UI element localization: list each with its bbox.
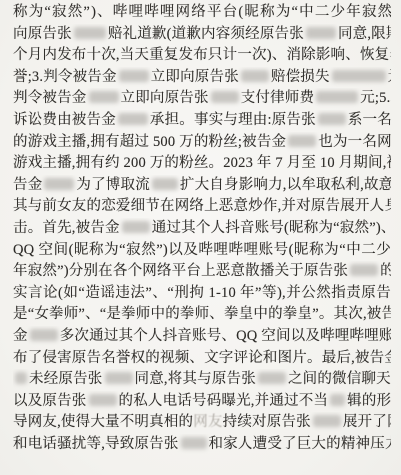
- document-line: 金多次通过其个人抖音账号、QQ 空间以及哔哩哔哩账号发: [13, 326, 391, 348]
- text-run: 布了侵害原告名誉权的视频、文字评论和图片。最后,被告金: [13, 350, 391, 366]
- text-run: 判令被告金: [13, 90, 87, 106]
- redaction-blur: [306, 27, 336, 39]
- document-line: 以及原告张的私人电话号码曝光,并通过不当辑的形式误: [13, 391, 391, 413]
- redaction-blur: [181, 437, 207, 449]
- document-line: 告金为了博取流扩大自身影响力,以牟取私利,故意将: [13, 175, 391, 197]
- text-run: 支付律师费: [241, 90, 315, 106]
- document-line: 是“女拳师”、“是拳师中的拳师、拳皇中的拳皇”。其次,被告: [13, 304, 391, 326]
- redaction-blur: [105, 372, 133, 384]
- redaction-blur: [44, 178, 74, 190]
- text-run: 年寂然”)分别在各个网络平台上恶意散播关于原告张: [13, 263, 348, 279]
- document-line: 称为“寂然”)、哔哩哔哩网络平台(昵称为“中二少年寂然”): [13, 2, 391, 24]
- redaction-blur: [211, 91, 239, 103]
- text-run: 辑的形式误: [347, 393, 391, 409]
- text-run: 导网友,使得大量不明真相的: [13, 414, 193, 430]
- text-run: 元;4.: [388, 69, 391, 85]
- redaction-blur: [119, 70, 149, 82]
- document-line: 誉;3.判令被告金立即向原告张赔偿损失元;4.: [13, 67, 391, 89]
- text-run: 通过其个人抖音账号(昵称为“寂然”)、: [152, 220, 391, 236]
- redaction-blur: [152, 178, 178, 190]
- document-line: 年寂然”)分别在各个网络平台上恶意散播关于原告张的不: [13, 261, 391, 283]
- text-run: 之间的微信聊天记录: [288, 371, 391, 387]
- text-run: 同意,限期一: [338, 26, 391, 42]
- text-run: 游戏主播,拥有约 200 万的粉丝。2023 年 7 月至 10 月期间,被: [13, 155, 391, 171]
- document-line: 判令被告金立即向原告张支付律师费元;5.本案: [13, 88, 391, 110]
- text-run: 展开了网暴: [343, 414, 391, 430]
- text-run: 向原告张: [13, 26, 72, 42]
- redaction-blur: [318, 113, 346, 125]
- document-line: 向原告张赔礼道歉(道歉内容须经原告张同意,限期一: [13, 24, 391, 46]
- redaction-blur: [15, 372, 27, 384]
- text-run: 立即向原告张: [151, 69, 239, 85]
- text-run: 实言论(如“造谣违法”、“刑拘 1-10 年”等),并公然指责原告: [13, 285, 391, 301]
- faded-text: 网友: [193, 414, 222, 430]
- document-line: 未经原告张同意,将其与原告张之间的微信聊天记录: [13, 369, 391, 391]
- text-run: 誉;3.判令被告金: [13, 69, 117, 85]
- document-line: 实言论(如“造谣违法”、“刑拘 1-10 年”等),并公然指责原告: [13, 283, 391, 305]
- text-run: 赔礼道歉(道歉内容须经原告张: [108, 26, 304, 42]
- redaction-blur: [122, 221, 150, 233]
- document-line: 和电话骚扰等,导致原告张和家人遭受了巨大的精神压力,: [13, 434, 391, 456]
- document-line: 的游戏主播,拥有超过 500 万的粉丝;被告金也为一名网络: [13, 132, 391, 154]
- redaction-blur: [89, 91, 119, 103]
- document-line: 击。首先,被告金通过其个人抖音账号(昵称为“寂然”)、: [13, 218, 391, 240]
- redaction-blur: [74, 27, 106, 39]
- text-run: 是“女拳师”、“是拳师中的拳师、拳皇中的拳皇”。其次,被告: [13, 306, 391, 322]
- document-line: QQ 空间(昵称为“寂然”)以及哔哩哔哩账号(昵称为“中二少: [13, 240, 391, 262]
- text-run: 其与前女友的恋爱细节在网络上恶意炒作,并对原告展开人身攻: [13, 198, 391, 214]
- text-run: 击。首先,被告金: [13, 220, 120, 236]
- text-run: 系一名专业: [348, 112, 391, 128]
- document-line: 个月内发布十次,当天重复发布只计一次)、消除影响、恢复名: [13, 45, 391, 67]
- text-run: 未经原告张: [29, 371, 103, 387]
- court-document: 称为“寂然”)、哔哩哔哩网络平台(昵称为“中二少年寂然”)向原告张赔礼道歉(道歉…: [0, 0, 401, 475]
- text-run: 金: [13, 328, 28, 344]
- text-run: 立即向原告张: [121, 90, 209, 106]
- text-run: 也为一名网络: [318, 134, 391, 150]
- text-run: 同意,将其与原告张: [135, 371, 256, 387]
- redaction-blur: [332, 70, 386, 82]
- text-run: 赔偿损失: [271, 69, 330, 85]
- text-run: 个月内发布十次,当天重复发布只计一次)、消除影响、恢复名: [13, 47, 391, 63]
- redaction-blur: [330, 394, 345, 406]
- redaction-blur: [258, 372, 286, 384]
- text-run: 的不: [380, 263, 391, 279]
- redaction-blur: [316, 91, 358, 103]
- text-run: 告金: [13, 177, 42, 193]
- redaction-blur: [313, 415, 341, 427]
- document-line: 其与前女友的恋爱细节在网络上恶意炒作,并对原告展开人身攻: [13, 196, 391, 218]
- redaction-blur: [89, 394, 117, 406]
- text-run: 扩大自身影响力,以牟取私利,故意将: [180, 177, 391, 193]
- document-line: 布了侵害原告名誉权的视频、文字评论和图片。最后,被告金: [13, 348, 391, 370]
- text-run: 承担。事实与理由:原告张: [150, 112, 316, 128]
- document-line: 游戏主播,拥有约 200 万的粉丝。2023 年 7 月至 10 月期间,被: [13, 153, 391, 175]
- text-run: QQ 空间(昵称为“寂然”)以及哔哩哔哩账号(昵称为“中二少: [13, 242, 391, 258]
- text-run: 诉讼费由被告金: [13, 112, 116, 128]
- redaction-blur: [241, 70, 269, 82]
- redaction-blur: [288, 135, 316, 147]
- text-run: 和电话骚扰等,导致原告张: [13, 436, 179, 452]
- text-run: 多次通过其个人抖音账号、QQ 空间以及哔哩哔哩账号发: [60, 328, 391, 344]
- document-line: 导网友,使得大量不明真相的网友持续对原告张展开了网暴: [13, 412, 391, 434]
- text-run: 和家人遭受了巨大的精神压力,: [209, 436, 391, 452]
- redaction-blur: [350, 264, 378, 276]
- document-line: 诉讼费由被告金承担。事实与理由:原告张系一名专业: [13, 110, 391, 132]
- text-run: 的私人电话号码曝光,并通过不当: [119, 393, 329, 409]
- redaction-blur: [30, 329, 58, 341]
- text-run: 的游戏主播,拥有超过 500 万的粉丝;被告金: [13, 134, 286, 150]
- text-run: 为了博取流: [76, 177, 150, 193]
- text-run: 元;5.本案: [360, 90, 391, 106]
- text-run: 持续对原告张: [223, 414, 311, 430]
- text-run: 以及原告张: [13, 393, 87, 409]
- text-run: 称为“寂然”)、哔哩哔哩网络平台(昵称为“中二少年寂然”): [13, 4, 391, 20]
- redaction-blur: [118, 113, 148, 125]
